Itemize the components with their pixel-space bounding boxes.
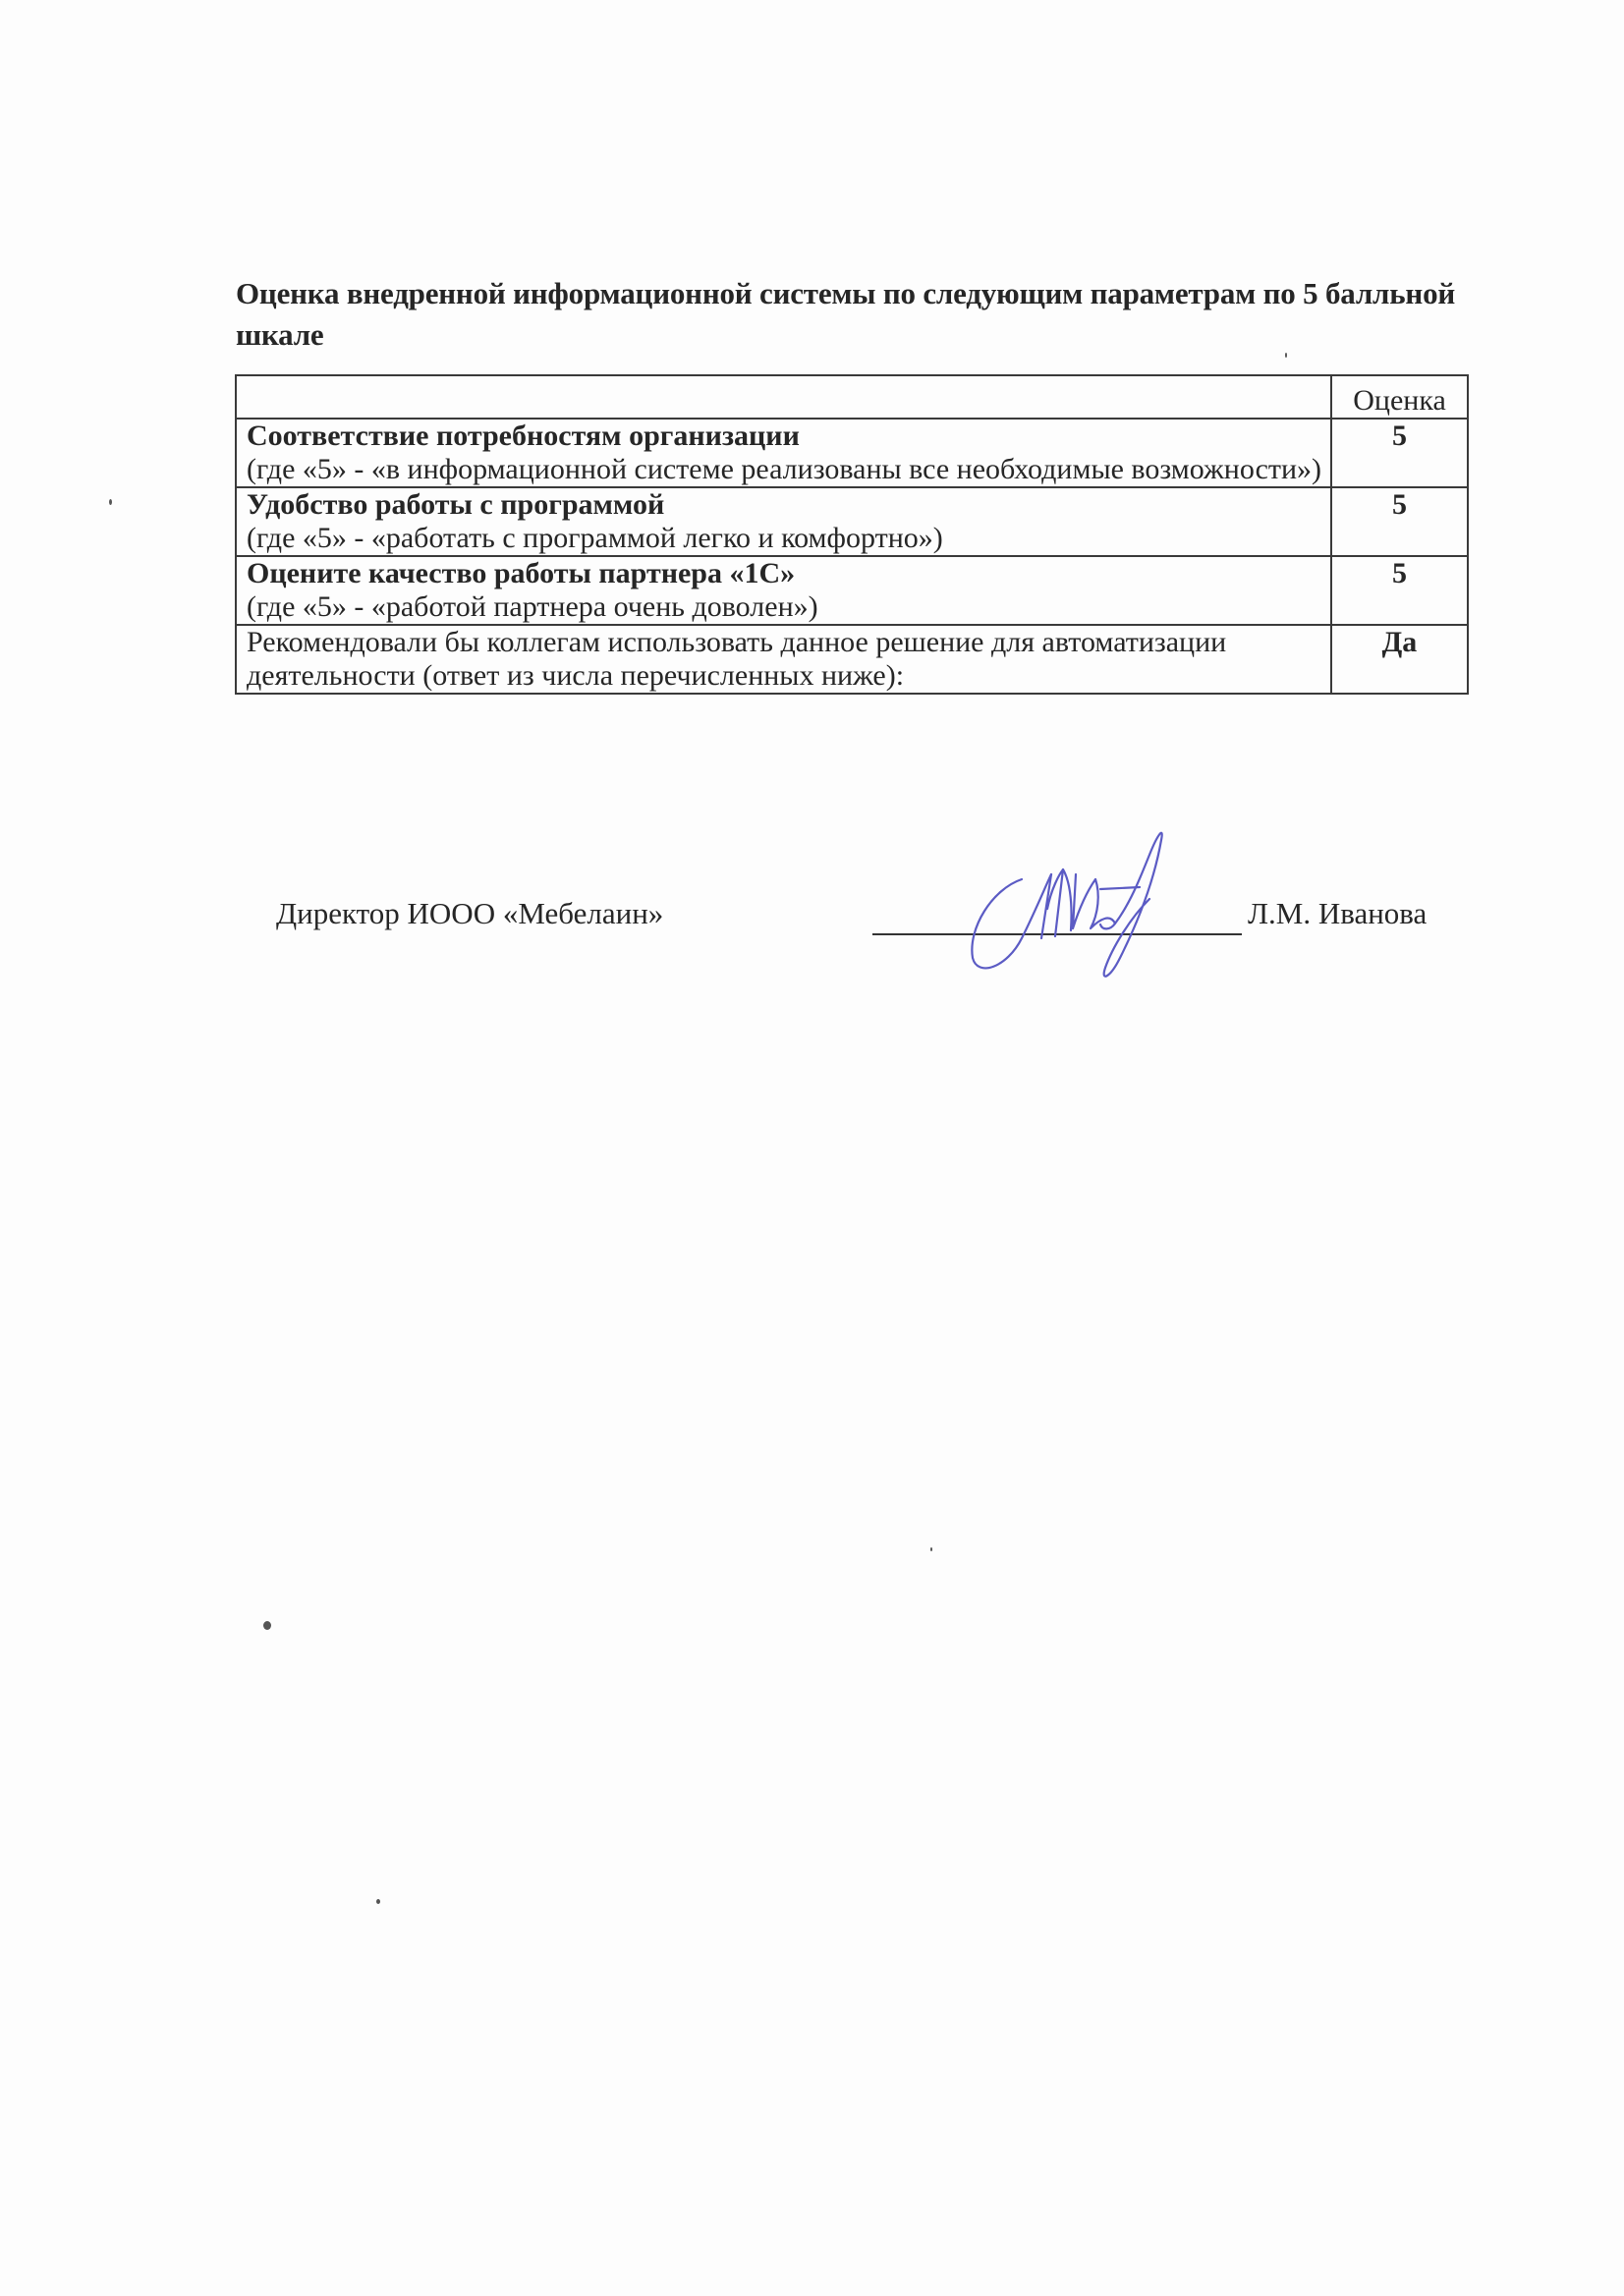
table-row: Соответствие потребностям организации (г… (236, 419, 1468, 487)
rating-table: Оценка Соответствие потребностям организ… (235, 374, 1469, 695)
criterion-note: (где «5» - «работой партнера очень довол… (247, 590, 1330, 624)
score-cell: Да (1331, 625, 1468, 694)
signatory-role: Директор ИООО «Мебелаин» (276, 896, 663, 931)
header-criterion-cell (236, 375, 1331, 419)
scan-speck (263, 1621, 271, 1630)
table-header-row: Оценка (236, 375, 1468, 419)
criterion-title: Удобство работы с программой (247, 488, 1330, 522)
criterion-note: (где «5» - «работать с программой легко … (247, 522, 1330, 555)
scan-speck (930, 1547, 932, 1551)
score-cell: 5 (1331, 556, 1468, 625)
table-row: Удобство работы с программой (где «5» - … (236, 487, 1468, 556)
handwritten-signature-icon (953, 820, 1208, 987)
criterion-cell: Удобство работы с программой (где «5» - … (236, 487, 1331, 556)
criterion-cell: Соответствие потребностям организации (г… (236, 419, 1331, 487)
signatory-name: Л.М. Иванова (1248, 896, 1427, 931)
header-score-cell: Оценка (1331, 375, 1468, 419)
table-row: Оцените качество работы партнера «1С» (г… (236, 556, 1468, 625)
criterion-cell: Рекомендовали бы коллегам использовать д… (236, 625, 1331, 694)
document-heading: Оценка внедренной информационной системы… (236, 273, 1474, 356)
scanned-page: Оценка внедренной информационной системы… (0, 0, 1624, 2296)
signature-line (872, 933, 1242, 935)
scan-speck (109, 499, 112, 505)
score-cell: 5 (1331, 419, 1468, 487)
criterion-note: (где «5» - «в информационной системе реа… (247, 453, 1330, 486)
criterion-title: Соответствие потребностям организации (247, 420, 1330, 453)
scan-speck (376, 1899, 380, 1904)
scan-speck (1285, 353, 1287, 358)
criterion-note: Рекомендовали бы коллегам использовать д… (247, 626, 1330, 693)
table-row: Рекомендовали бы коллегам использовать д… (236, 625, 1468, 694)
criterion-title: Оцените качество работы партнера «1С» (247, 557, 1330, 590)
criterion-cell: Оцените качество работы партнера «1С» (г… (236, 556, 1331, 625)
score-cell: 5 (1331, 487, 1468, 556)
